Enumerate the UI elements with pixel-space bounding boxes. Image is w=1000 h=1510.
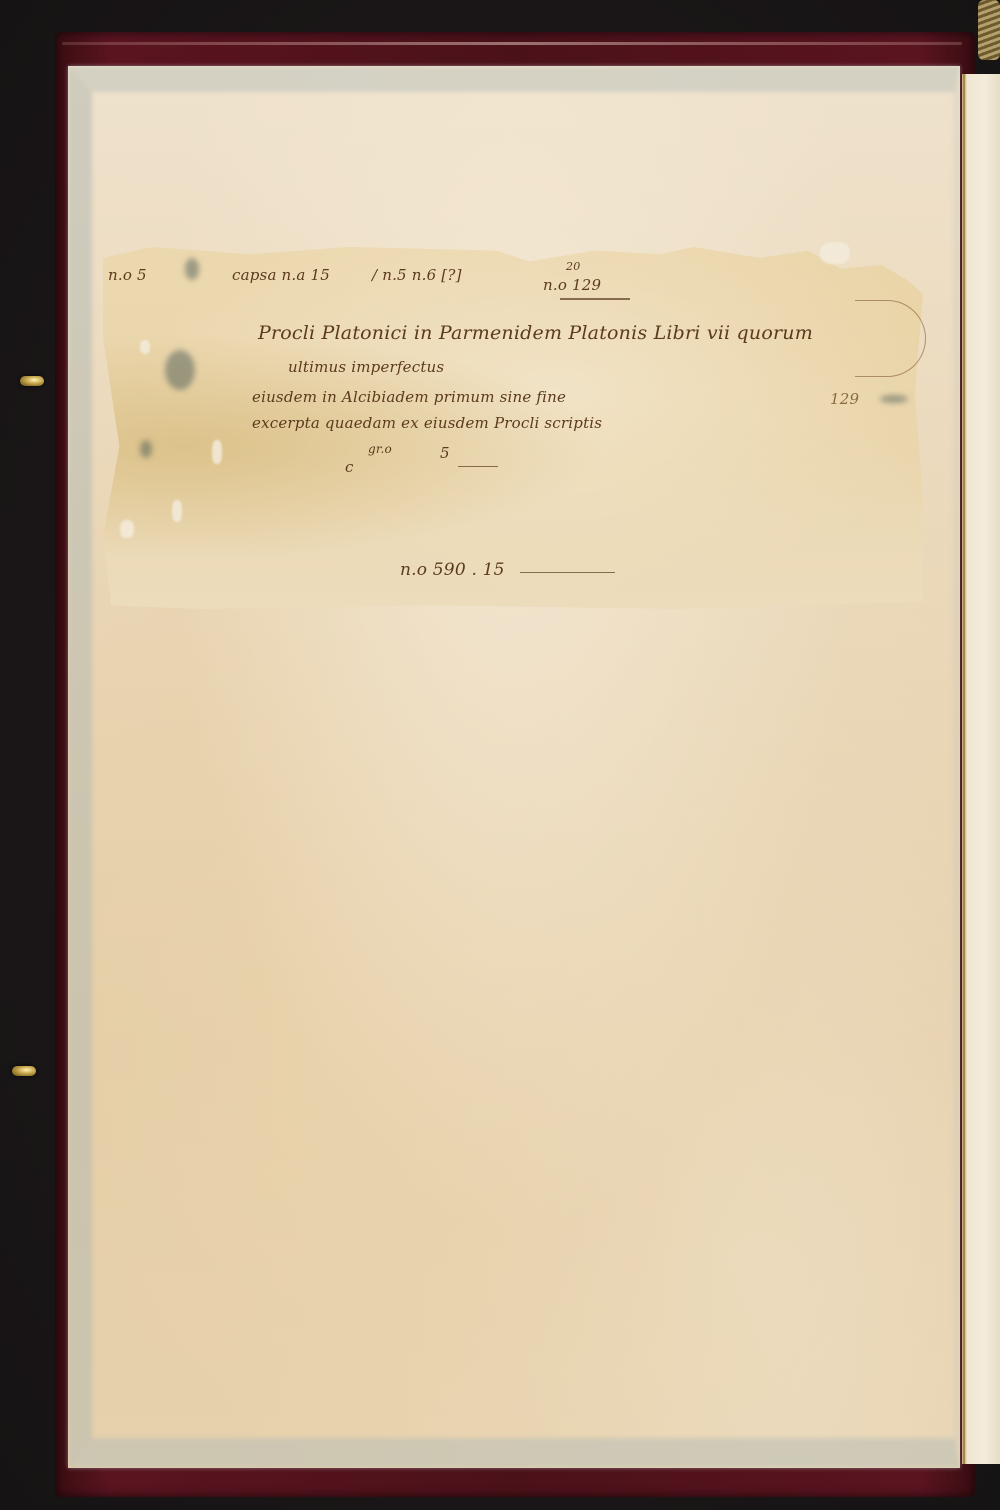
facing-leaf-edge [962, 74, 1000, 1464]
number-superscript: 20 [566, 260, 580, 273]
title-line-1: Procli Platonici in Parmenidem Platonis … [258, 322, 813, 344]
mould-stain [165, 350, 195, 390]
count-note: 5 [440, 444, 450, 462]
mould-stain [880, 395, 908, 403]
catalogue-number: n.o 129 [543, 276, 601, 294]
headband [978, 0, 1000, 60]
shelfmark-number: n.o 5 [108, 266, 147, 284]
top-line-middle: / n.5 n.6 [?] [372, 266, 462, 284]
paper-hole [172, 500, 182, 522]
capsa-number: capsa n.a 15 [232, 266, 330, 284]
clasp-pin-bottom-icon [12, 1066, 36, 1076]
mould-stain [140, 440, 152, 458]
paper-hole [140, 340, 150, 354]
note-stroke [458, 466, 498, 467]
clasp-pin-top-icon [20, 376, 44, 386]
gutter-line [963, 74, 965, 1464]
binding-edge-highlight [62, 42, 962, 45]
greek-note: gr.o [368, 442, 392, 456]
title-line-3: eiusdem in Alcibiadem primum sine fine [252, 388, 566, 406]
bottom-stroke [520, 572, 615, 573]
mould-stain [185, 258, 199, 280]
paper-hole [212, 440, 222, 464]
marginal-number: 129 [830, 390, 859, 408]
letter-note: c [345, 458, 354, 476]
bottom-shelfmark: n.o 590 . 15 [400, 560, 505, 580]
title-line-4: excerpta quaedam ex eiusdem Procli scrip… [252, 414, 602, 432]
title-line-2: ultimus imperfectus [288, 358, 444, 376]
paper-hole [120, 520, 134, 538]
paper-tear [820, 242, 850, 264]
number-underline [560, 298, 630, 300]
